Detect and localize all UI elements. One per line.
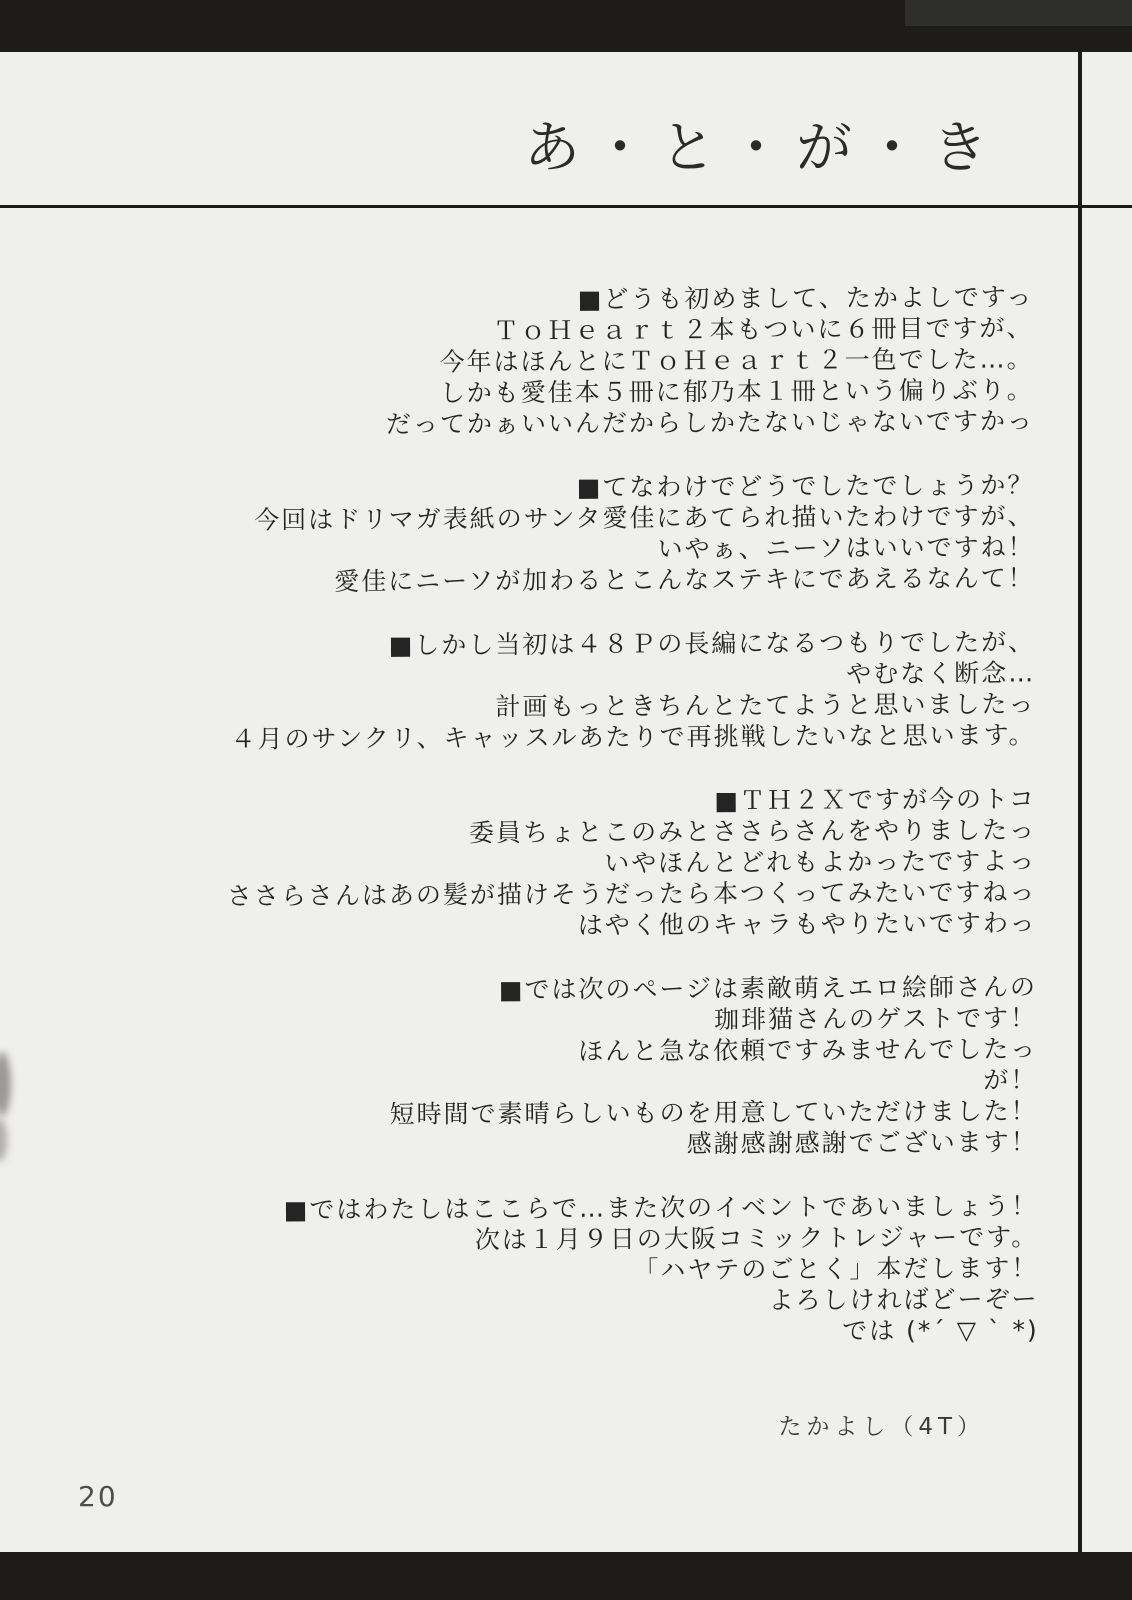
afterword-paragraph: ■では次のページは素敵萌えエロ絵師さんの 珈琲猫さんのゲストです！ ほんと急な依… — [41, 971, 1038, 1162]
afterword-paragraph: ■てなわけでどうでしたでしょうか？ 今回はドリマガ表紙のサンタ愛佳にあてられ描い… — [38, 469, 1035, 598]
top-black-bar — [0, 0, 1132, 52]
afterword-paragraph: ■ではわたしはここらで…また次のイベントであいましょう！ 次は１月９日の大阪コミ… — [42, 1190, 1039, 1350]
text-line: 「ハヤテのごとく」本だします！ — [42, 1252, 1038, 1288]
page-number: 20 — [78, 1480, 118, 1513]
right-border-line — [1078, 52, 1082, 1552]
text-line: では (*´ ▽ ` *) — [43, 1314, 1039, 1350]
text-line: 今年はほんとにＴｏＨｅａｒｔ２一色でした…。 — [38, 343, 1034, 379]
text-line: 短時間で素晴らしいものを用意していただけました！ — [41, 1095, 1037, 1131]
scanned-page: あ・と・が・き ■どうも初めまして、たかよしですっ ＴｏＨｅａｒｔ２本もついに６… — [0, 0, 1132, 1600]
text-line: ■てなわけでどうでしたでしょうか？ — [38, 469, 1034, 505]
afterword-paragraph: ■しかし当初は４８Ｐの長編になるつもりでしたが、 やむなく断念… 計画もっときち… — [39, 626, 1036, 755]
text-line: だってかぁいいんだからしかたないじゃないですかっ — [38, 405, 1034, 441]
author-signature: たかよし（4T） — [778, 1408, 985, 1441]
text-line: いやぁ、ニーソはいいですね！ — [39, 531, 1035, 567]
scan-artifact-smudge — [0, 1118, 7, 1162]
afterword-text: ■どうも初めまして、たかよしですっ ＴｏＨｅａｒｔ２本もついに６冊目ですが、 今… — [37, 281, 1039, 1350]
text-line: ＴｏＨｅａｒｔ２本もついに６冊目ですが、 — [37, 312, 1033, 348]
afterword-title: あ・と・が・き — [524, 104, 1000, 184]
text-line: ほんと急な依頼ですみませんでしたっ — [41, 1033, 1037, 1069]
text-line: ４月のサンクリ、キャッスルあたりで再挑戦したいなと思います。 — [40, 719, 1036, 755]
text-line: 次は１月９日の大阪コミックトレジャーです。 — [42, 1221, 1038, 1257]
text-line: よろしければどーぞー — [42, 1283, 1038, 1319]
text-line: 愛佳にニーソが加わるとこんなステキにであえるなんて！ — [39, 562, 1035, 598]
text-line: ■どうも初めまして、たかよしですっ — [37, 281, 1033, 317]
title-divider-line — [0, 205, 1132, 208]
bottom-black-bar — [0, 1552, 1132, 1600]
scan-artifact-smudge — [0, 1052, 11, 1116]
text-line: 感謝感謝感謝でございます！ — [42, 1126, 1038, 1162]
text-line: しかも愛佳本５冊に郁乃本１冊という偏りぶり。 — [38, 374, 1034, 410]
afterword-paragraph: ■ＴＨ２Ｘですが今のトコ 委員ちょとこのみとささらさんをやりましたっ いやほんと… — [40, 783, 1037, 943]
text-line: はやく他のキャラもやりたいですわっ — [40, 907, 1036, 943]
scan-artifact-bar-patch — [905, 0, 1132, 26]
text-line: 今回はドリマガ表紙のサンタ愛佳にあてられ描いたわけですが、 — [38, 500, 1034, 536]
afterword-paragraph: ■どうも初めまして、たかよしですっ ＴｏＨｅａｒｔ２本もついに６冊目ですが、 今… — [37, 281, 1034, 441]
text-line: ■ではわたしはここらで…また次のイベントであいましょう！ — [42, 1190, 1038, 1226]
text-line: が！ — [41, 1064, 1037, 1100]
